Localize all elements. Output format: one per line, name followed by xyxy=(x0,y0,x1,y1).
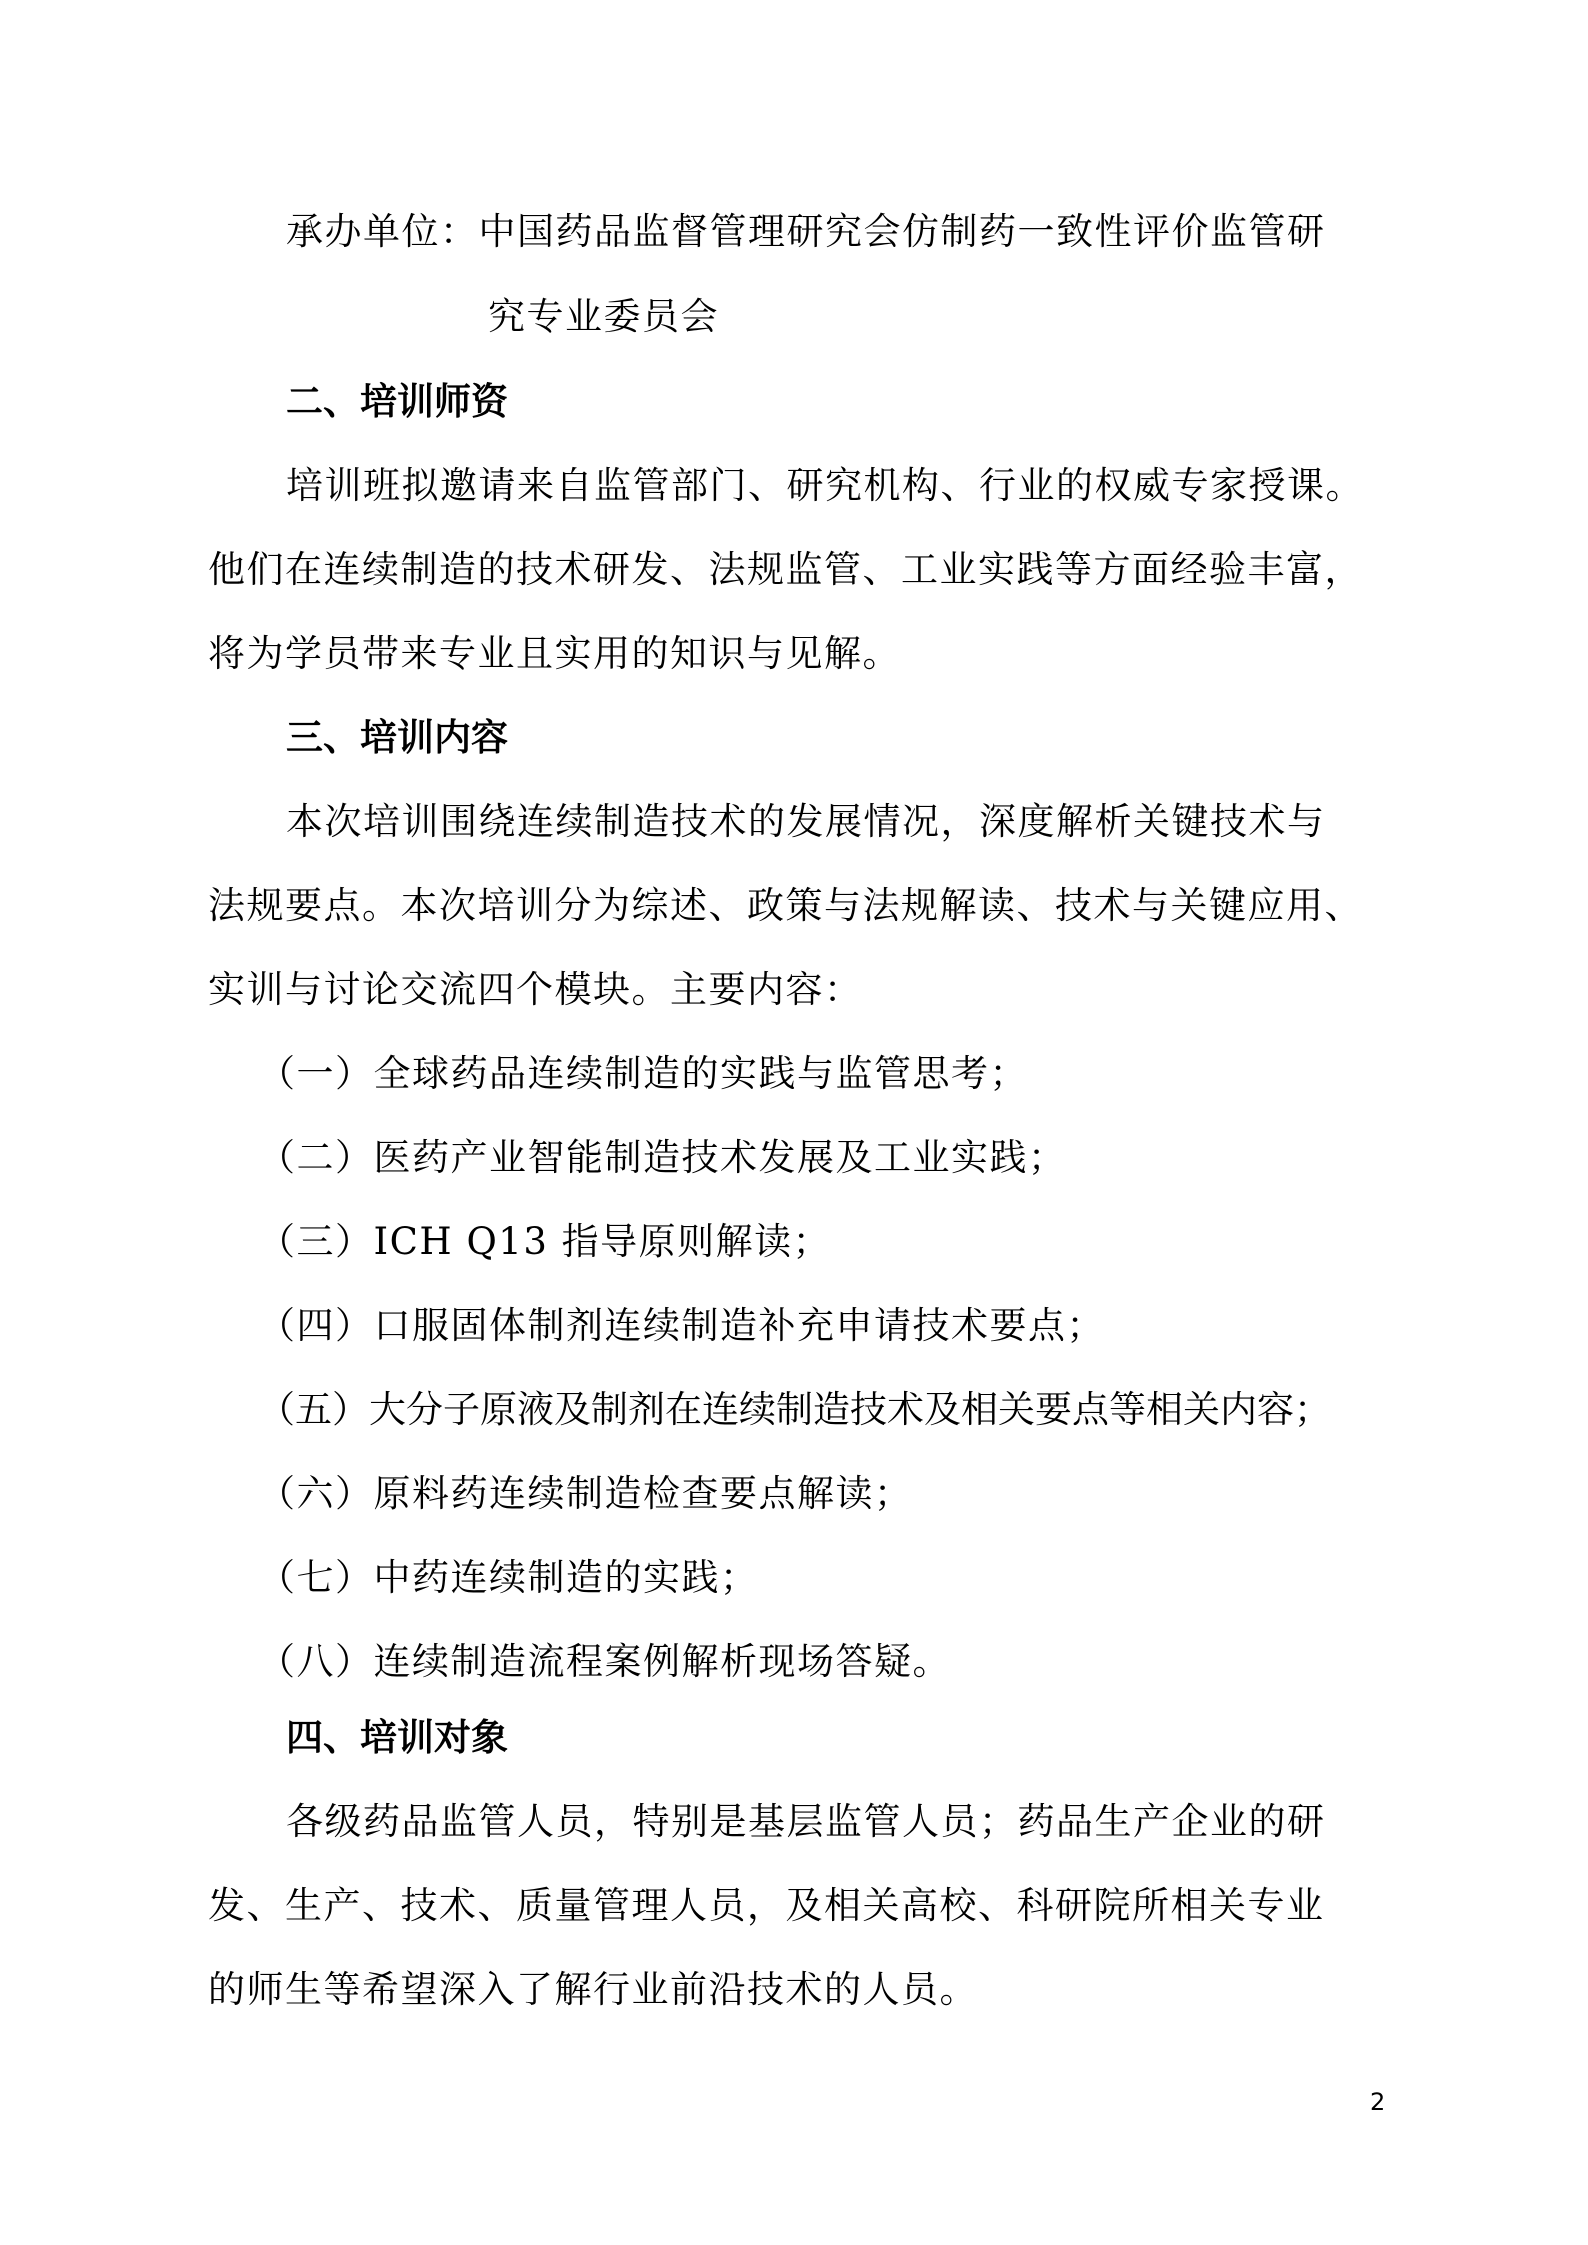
document-page: 承办单位：中国药品监督管理研究会仿制药一致性评价监管研 究专业委员会 二、培训师… xyxy=(0,0,1588,2245)
section-heading-instructors: 二、培训师资 xyxy=(286,380,508,424)
content-list-item: （八）连续制造流程案例解析现场答疑。 xyxy=(258,1640,951,1684)
content-list-item: （四）口服固体制剂连续制造补充申请技术要点； xyxy=(258,1304,1105,1348)
paragraph-line: 的师生等希望深入了解行业前沿技术的人员。 xyxy=(208,1968,978,2012)
content-list-item: （七）中药连续制造的实践； xyxy=(258,1556,759,1600)
paragraph-line: 各级药品监管人员，特别是基层监管人员；药品生产企业的研 xyxy=(286,1800,1326,1844)
section-heading-audience: 四、培训对象 xyxy=(286,1716,508,1760)
content-list-item: （六）原料药连续制造检查要点解读； xyxy=(258,1472,913,1516)
paragraph-line: 实训与讨论交流四个模块。主要内容： xyxy=(208,968,863,1012)
organizer-line-1: 承办单位：中国药品监督管理研究会仿制药一致性评价监管研 xyxy=(286,210,1326,254)
organizer-line-2: 究专业委员会 xyxy=(488,295,719,339)
content-list-item: （一）全球药品连续制造的实践与监管思考； xyxy=(258,1052,1028,1096)
paragraph-line: 培训班拟邀请来自监管部门、研究机构、行业的权威专家授课。 xyxy=(286,464,1364,508)
content-list-item: （五）大分子原液及制剂在连续制造技术及相关要点等相关内容； xyxy=(258,1388,1331,1432)
content-list-item: （二）医药产业智能制造技术发展及工业实践； xyxy=(258,1136,1067,1180)
section-heading-content: 三、培训内容 xyxy=(286,716,508,760)
page-number: 2 xyxy=(1370,2088,1385,2116)
content-list-item: （三）ICH Q13 指导原则解读； xyxy=(258,1220,831,1264)
paragraph-line: 将为学员带来专业且实用的知识与见解。 xyxy=(208,632,901,676)
paragraph-line: 他们在连续制造的技术研发、法规监管、工业实践等方面经验丰富， xyxy=(208,548,1363,592)
paragraph-line: 发、生产、技术、质量管理人员，及相关高校、科研院所相关专业 xyxy=(208,1884,1325,1928)
paragraph-line: 本次培训围绕连续制造技术的发展情况，深度解析关键技术与 xyxy=(286,800,1326,844)
paragraph-line: 法规要点。本次培训分为综述、政策与法规解读、技术与关键应用、 xyxy=(208,884,1363,928)
